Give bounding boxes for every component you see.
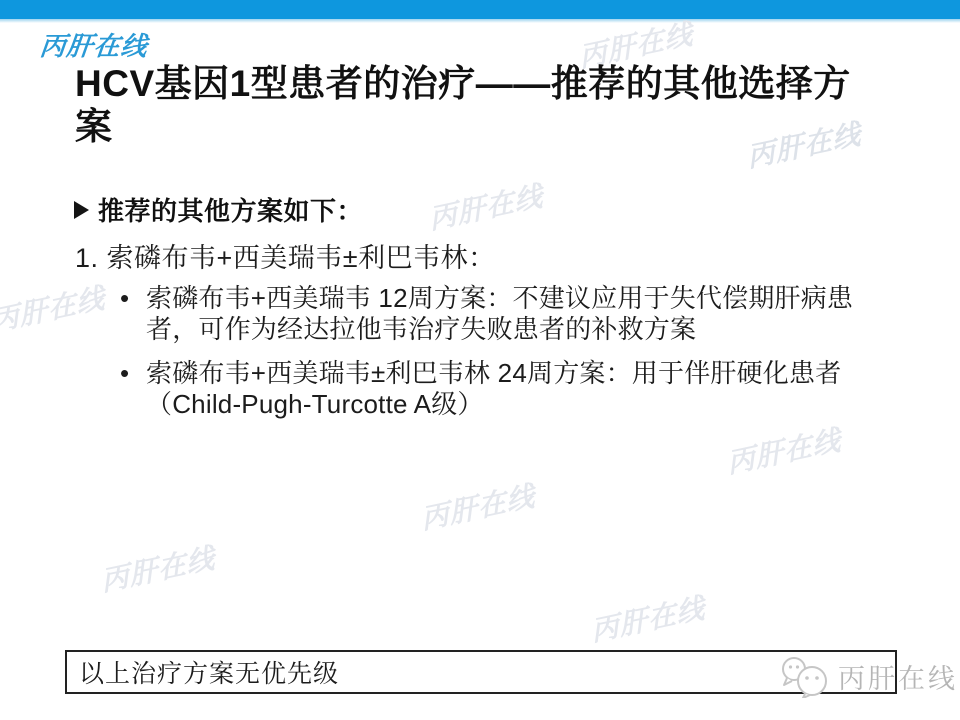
top-accent-bar (0, 0, 960, 19)
site-logo: 丙肝在线 (38, 26, 150, 63)
bullet-text-line2: （Child-Pugh-Turcotte A级） (146, 389, 841, 420)
page-title-line1: HCV基因1型患者的治疗——推荐的其他选择方 (75, 62, 925, 105)
top-accent-bar-glow (0, 19, 960, 23)
bullet-text-line2: 者，可作为经达拉他韦治疗失败患者的补救方案 (146, 314, 853, 345)
watermark: 丙肝在线 (427, 174, 545, 238)
footer-brand-text: 丙肝在线 (838, 657, 958, 696)
watermark: 丙肝在线 (99, 536, 217, 600)
watermark: 丙肝在线 (589, 586, 707, 650)
watermark: 丙肝在线 (419, 474, 537, 538)
footer-note-box: 以上治疗方案无优先级 (65, 650, 897, 694)
numbered-item: 1. 索磷布韦+西美瑞韦±利巴韦林： (75, 236, 496, 275)
bullet-dot-icon: • (120, 283, 146, 314)
watermark: 丙肝在线 (0, 276, 107, 340)
list-item: • 索磷布韦+西美瑞韦 12周方案：不建议应用于失代偿期肝病患 者，可作为经达拉… (120, 283, 910, 345)
list-item: • 索磷布韦+西美瑞韦±利巴韦林 24周方案：用于伴肝硬化患者 （Child-P… (120, 358, 910, 420)
presentation-slide: 丙肝在线 丙肝在线 丙肝在线 丙肝在线 丙肝在线 丙肝在线 丙肝在线 丙肝在线 … (0, 0, 960, 720)
bullet-text-line1: 索磷布韦+西美瑞韦±利巴韦林 24周方案：用于伴肝硬化患者 (146, 358, 841, 389)
bullet-text: 索磷布韦+西美瑞韦 12周方案：不建议应用于失代偿期肝病患 者，可作为经达拉他韦… (146, 283, 853, 345)
footer-brand: 丙肝在线 (778, 654, 958, 698)
bullet-dot-icon: • (120, 358, 146, 389)
wechat-bubbles-icon (778, 654, 832, 698)
arrow-bullet-icon (74, 201, 89, 219)
footer-note-text: 以上治疗方案无优先级 (67, 654, 339, 690)
page-title: HCV基因1型患者的治疗——推荐的其他选择方 案 (75, 62, 925, 148)
bullet-list: • 索磷布韦+西美瑞韦 12周方案：不建议应用于失代偿期肝病患 者，可作为经达拉… (120, 283, 910, 420)
section-heading-row: 推荐的其他方案如下： (74, 191, 363, 228)
section-heading: 推荐的其他方案如下： (98, 191, 363, 228)
bullet-text: 索磷布韦+西美瑞韦±利巴韦林 24周方案：用于伴肝硬化患者 （Child-Pug… (146, 358, 841, 420)
page-title-line2: 案 (75, 105, 925, 148)
watermark: 丙肝在线 (725, 418, 843, 482)
bullet-text-line1: 索磷布韦+西美瑞韦 12周方案：不建议应用于失代偿期肝病患 (146, 283, 853, 314)
